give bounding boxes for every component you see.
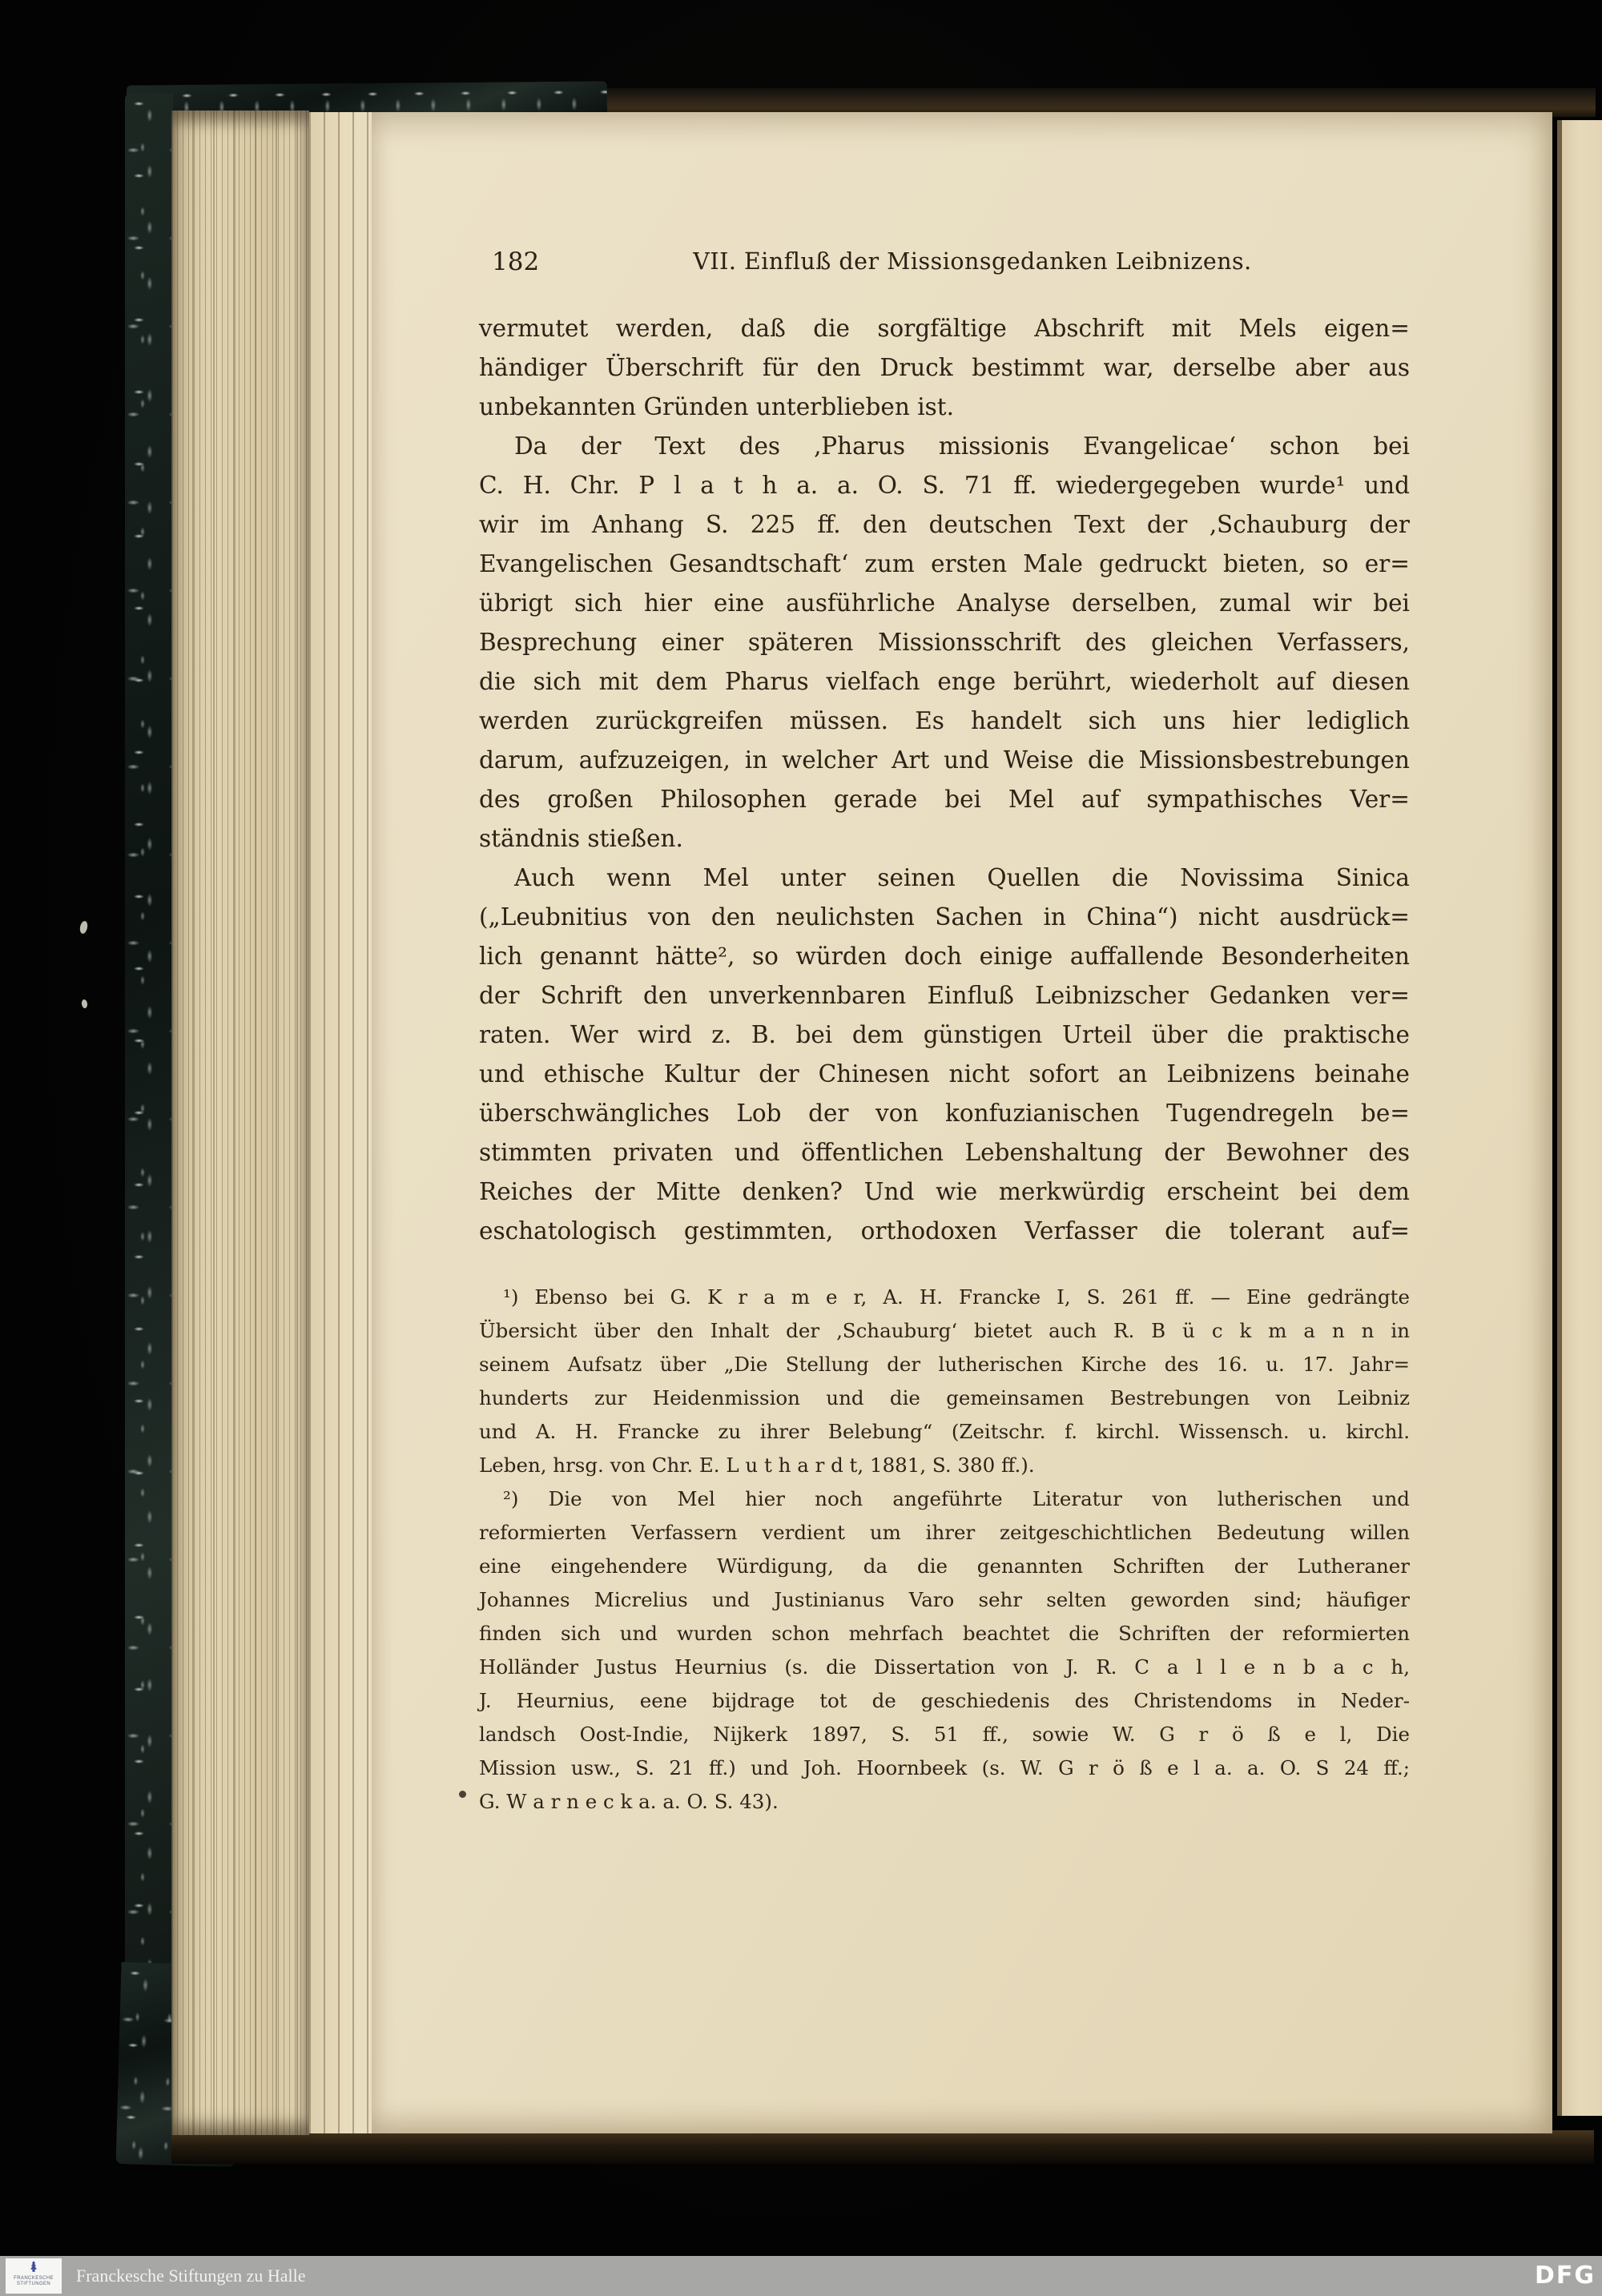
book-bottom-edge <box>171 2130 1594 2164</box>
marbled-cover-left-edge <box>125 93 173 2157</box>
running-header: VII. Einfluß der Missionsgedanken Leibni… <box>479 242 1410 282</box>
logo-caption-line2: STIFTUNGEN <box>14 2282 54 2287</box>
text-line: raten. Wer wird z. B. bei dem günstigen … <box>479 1015 1410 1055</box>
text-line: ²) Die von Mel hier noch angeführte Lite… <box>479 1482 1410 1516</box>
logo-caption-line1: FRANCKESCHE <box>14 2276 54 2282</box>
text-line: Holländer Justus Heurnius (s. die Disser… <box>479 1651 1410 1684</box>
text-line: der Schrift den unverkennbaren Einfluß L… <box>479 976 1410 1015</box>
text-line: ¹) Ebenso bei G. K r a m e r, A. H. Fran… <box>479 1281 1410 1314</box>
text-line: Leben, hrsg. von Chr. E. L u t h a r d t… <box>479 1449 1410 1482</box>
text-line: Da der Text des ‚Pharus missionis Evange… <box>479 427 1410 466</box>
footnotes-block: ¹) Ebenso bei G. K r a m e r, A. H. Fran… <box>479 1281 1410 1819</box>
text-line: finden sich und wurden schon mehrfach be… <box>479 1617 1410 1651</box>
text-line: Besprechung einer späteren Missionsschri… <box>479 623 1410 662</box>
text-line: C. H. Chr. P l a t h a. a. O. S. 71 ff. … <box>479 466 1410 505</box>
page-curl-edges <box>309 112 372 2133</box>
franckesche-stiftungen-logo: FRANCKESCHE STIFTUNGEN <box>6 2258 62 2294</box>
page-edges-stack <box>171 111 309 2135</box>
text-line: Auch wenn Mel unter seinen Quellen die N… <box>479 858 1410 898</box>
text-line: ständnis stießen. <box>479 819 1410 858</box>
text-line: und A. H. Francke zu ihrer Belebung“ (Ze… <box>479 1415 1410 1449</box>
text-line: Übersicht über den Inhalt der ‚Schauburg… <box>479 1314 1410 1348</box>
text-line: reformierten Verfassern verdient um ihre… <box>479 1516 1410 1550</box>
scanned-book-photo: 182 VII. Einfluß der Missionsgedanken Le… <box>0 0 1602 2296</box>
body-text-block: vermutet werden, daß die sorgfältige Abs… <box>479 309 1410 1251</box>
text-line: werden zurückgreifen müssen. Es handelt … <box>479 702 1410 741</box>
paper-speck <box>81 999 87 1009</box>
text-line: händiger Überschrift für den Druck besti… <box>479 348 1410 388</box>
text-line: G. W a r n e c k a. a. O. S. 43). <box>479 1785 1410 1819</box>
viewer-footer-bar: FRANCKESCHE STIFTUNGEN Franckesche Stift… <box>0 2256 1602 2296</box>
adjacent-page-edge <box>1557 120 1602 2116</box>
text-line: lich genannt hätte², so würden doch eini… <box>479 937 1410 976</box>
text-line: („Leubnitius von den neulichsten Sachen … <box>479 898 1410 937</box>
text-line: Mission usw., S. 21 ff.) und Joh. Hoornb… <box>479 1751 1410 1785</box>
paragraph: Auch wenn Mel unter seinen Quellen die N… <box>479 858 1410 1251</box>
paper-speck <box>78 920 88 935</box>
text-line: darum, aufzuzeigen, in welcher Art und W… <box>479 741 1410 780</box>
paragraph: vermutet werden, daß die sorgfältige Abs… <box>479 309 1410 427</box>
text-line: wir im Anhang S. 225 ff. den deutschen T… <box>479 505 1410 545</box>
institution-name: Franckesche Stiftungen zu Halle <box>76 2256 306 2296</box>
text-line: hunderts zur Heidenmission und die gemei… <box>479 1381 1410 1415</box>
footnote: ¹) Ebenso bei G. K r a m e r, A. H. Fran… <box>479 1281 1410 1482</box>
text-line: eschatologisch gestimmten, orthodoxen Ve… <box>479 1212 1410 1251</box>
text-line: und ethische Kultur der Chinesen nicht s… <box>479 1055 1410 1094</box>
dfg-logo: DFG <box>1535 2256 1596 2296</box>
paragraph: Da der Text des ‚Pharus missionis Evange… <box>479 427 1410 858</box>
text-line: seinem Aufsatz über „Die Stellung der lu… <box>479 1348 1410 1381</box>
text-line: Johannes Micrelius und Justinianus Varo … <box>479 1583 1410 1617</box>
text-line: stimmten privaten und öffentlichen Leben… <box>479 1133 1410 1172</box>
text-line: unbekannten Gründen unterblieben ist. <box>479 388 1410 427</box>
text-line: übrigt sich hier eine ausführliche Analy… <box>479 584 1410 623</box>
text-line: eine eingehendere Würdigung, da die gena… <box>479 1550 1410 1583</box>
footnote: ²) Die von Mel hier noch angeführte Lite… <box>479 1482 1410 1819</box>
page-number: 182 <box>492 242 539 282</box>
institution-emblem-icon <box>27 2260 40 2276</box>
text-line: landsch Oost-Indie, Nijkerk 1897, S. 51 … <box>479 1718 1410 1751</box>
page-header-row: 182 VII. Einfluß der Missionsgedanken Le… <box>479 242 1410 282</box>
text-line: des großen Philosophen gerade bei Mel au… <box>479 780 1410 819</box>
text-line: Reiches der Mitte denken? Und wie merkwü… <box>479 1172 1410 1212</box>
ink-blot <box>459 1791 466 1798</box>
text-line: die sich mit dem Pharus vielfach enge be… <box>479 662 1410 702</box>
text-line: vermutet werden, daß die sorgfältige Abs… <box>479 309 1410 348</box>
text-line: J. Heurnius, eene bijdrage tot de geschi… <box>479 1684 1410 1718</box>
text-line: Evangelischen Gesandtschaft‘ zum ersten … <box>479 545 1410 584</box>
text-line: überschwängliches Lob der von konfuziani… <box>479 1094 1410 1133</box>
logo-caption: FRANCKESCHE STIFTUNGEN <box>14 2276 54 2287</box>
